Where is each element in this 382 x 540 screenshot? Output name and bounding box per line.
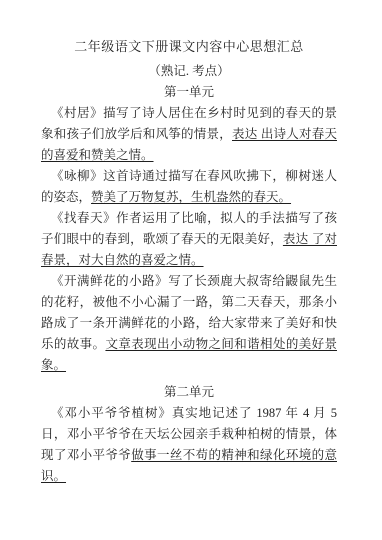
- paragraph-dengxiaoping: 《邓小平爷爷植树》真实地记述了 1987 年 4 月 5 日，邓小平爷爷在天坛公…: [41, 403, 337, 487]
- section-unit-1: 第一单元 《村居》描写了诗人居住在乡村时见到的春天的景象和孩子们放学后和风筝的情…: [41, 82, 337, 376]
- paragraph-zhaochuntian: 《找春天》作者运用了比喻，拟人的手法描写了孩子们眼中的春到，歌颂了春天的无限美好…: [41, 208, 337, 271]
- section-heading-unit-1: 第一单元: [41, 82, 337, 103]
- document-subtitle: （熟记. 考点）: [41, 61, 337, 82]
- paragraph-kaimanxianhua: 《开满鲜花的小路》写了长颈鹿大叔寄给鼹鼠先生的花籽，被他不小心漏了一路，第二天春…: [41, 271, 337, 376]
- document-page: 二年级语文下册课文内容中心思想汇总 （熟记. 考点） 第一单元 《村居》描写了诗…: [0, 0, 382, 540]
- section-heading-unit-2: 第二单元: [41, 382, 337, 403]
- document-title: 二年级语文下册课文内容中心思想汇总: [41, 36, 337, 57]
- section-unit-2: 第二单元 《邓小平爷爷植树》真实地记述了 1987 年 4 月 5 日，邓小平爷…: [41, 382, 337, 487]
- underlined-key-point: 赞美了万物复苏，生机盎然的春天。: [91, 190, 291, 204]
- paragraph-yongliu: 《咏柳》这首诗通过描写在春风吹拂下，柳树迷人的姿态，赞美了万物复苏，生机盎然的春…: [41, 166, 337, 208]
- paragraph-cunju: 《村居》描写了诗人居住在乡村时见到的春天的景象和孩子们放学后和风筝的情景，表达 …: [41, 103, 337, 166]
